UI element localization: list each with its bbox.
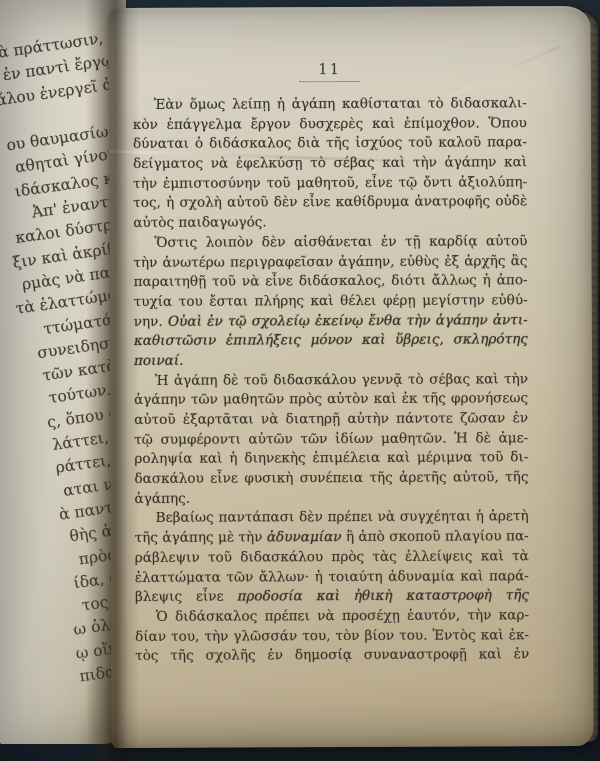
body-text: νην. (134, 313, 168, 329)
page-number-row: 11 (133, 58, 527, 83)
text-line: τος, ἡ σχολὴ αὐτοῦ δὲν εἶνε καθίδρυμα ἀν… (133, 193, 527, 214)
text-line: δασκάλου εἶνε φυσικὴ συνέπεια τῆς ἀρετῆς… (134, 468, 528, 489)
body-text: τος, ἡ σχολὴ αὐτοῦ δὲν εἶνε καθίδρυμα ἀν… (133, 194, 527, 212)
text-line: Ἡ ἀγάπη δὲ τοῦ διδασκάλου γεννᾷ τὸ σέβας… (134, 370, 528, 391)
text-line: ροληψία καὶ ἡ διηνεκὴς ἐπιμέλεια καὶ μέρ… (134, 449, 528, 470)
right-page-text: Ἐὰν ὅμως λείπῃ ἡ ἀγάπη καθίσταται τὸ διδ… (133, 94, 529, 667)
body-text: Ὁ διδάσκαλος πρέπει νὰ προσέχῃ ἑαυτόν, τ… (156, 607, 529, 625)
body-text: τὸς τῆς σχολῆς ἐν δημοσίᾳ συναναστροφῇ κ… (135, 646, 529, 666)
body-text: Ὅστις λοιπὸν δὲν αἰσθάνεται ἐν τῇ καρδίᾳ… (154, 233, 527, 251)
text-line: τῷ συμφέροντι αὐτῶν τῶν ἰδίων μαθητῶν. Ἡ… (134, 429, 528, 450)
body-text: Βεβαίως παντάπασι δὲν πρέπει νὰ συγχέητα… (156, 509, 529, 527)
text-line: ποιναί. (134, 350, 528, 371)
body-text: τυχία του ἔσται πλήρης καὶ θέλει φέρῃ με… (134, 292, 528, 310)
text-line: δύναται ὁ διδάσκαλος διὰ τῆς ἰσχύος τοῦ … (133, 134, 527, 155)
text-line: κὸν ἐπάγγελμα ἔργον δυσχερὲς καὶ ἐπίμοχθ… (133, 114, 527, 135)
body-text: Ἐὰν ὅμως λείπῃ ἡ ἀγάπη καθίσταται τὸ διδ… (154, 95, 527, 113)
emphasized-text: Οὐαὶ ἐν τῷ σχολείῳ ἐκείνῳ ἔνθα τὴν ἀγάπη… (168, 312, 528, 330)
text-line: καθιστῶσιν ἐπιπλήξεις μόνον καὶ ὕβρεις, … (134, 330, 528, 351)
body-text: δείγματος νὰ ἐφελκύσῃ τὸ σέβας καὶ τὴν ἀ… (133, 154, 527, 172)
text-line: αὐτοῦ ἐξαρτᾶται νὰ διατηρῇ αὐτὴν πάντοτε… (134, 409, 528, 430)
body-text: ράβλεψιν τοῦ διδασκάλου πρὸς τὰς ἐλλείψε… (135, 548, 529, 566)
body-text: ἀγάπης. (134, 490, 190, 506)
body-text: δίαν του, τὴν γλῶσσάν του, τὸν βίον του.… (135, 627, 529, 645)
body-text: τὴν ἐμπιστοσύνην τοῦ μαθητοῦ, εἶνε τῷ ὄν… (133, 174, 527, 192)
body-text: Ἡ ἀγάπη δὲ τοῦ διδασκάλου γεννᾷ τὸ σέβας… (155, 371, 528, 389)
text-line: τὴν ἐμπιστοσύνην τοῦ μαθητοῦ, εἶνε τῷ ὄν… (133, 173, 527, 194)
page-number: 11 (300, 60, 359, 82)
text-line: τυχία του ἔσται πλήρης καὶ θέλει φέρῃ με… (134, 291, 528, 312)
text-line: δίαν του, τὴν γλῶσσάν του, τὸν βίον του.… (135, 626, 529, 647)
text-line: αὐτὸς παιδαγωγός. (133, 212, 527, 233)
body-text: παραιτηθῇ τοῦ νὰ εἶνε διδάσκαλος, διότι … (134, 272, 528, 290)
body-text: ἀγάπην τῶν μαθητῶν πρὸς αὐτὸν καὶ ἐκ τῆς… (134, 391, 528, 409)
body-text: αὐτοῦ ἐξαρτᾶται νὰ διατηρῇ αὐτὴν πάντοτε… (134, 410, 528, 428)
emphasized-text: ἀδυναμίαν (267, 529, 342, 545)
text-line: νην. Οὐαὶ ἐν τῷ σχολείῳ ἐκείνῳ ἔνθα τὴν … (134, 311, 528, 332)
body-text: τῷ συμφέροντι αὐτῶν τῶν ἰδίων μαθητῶν. Ἡ… (134, 430, 528, 448)
body-text: ἐλαττώματα τῶν ἄλλων· ἡ τοιαύτη ἀδυναμία… (135, 568, 529, 586)
emphasized-text: ποιναί. (134, 353, 184, 369)
text-line: Ὁ διδάσκαλος πρέπει νὰ προσέχῃ ἑαυτόν, τ… (135, 606, 529, 627)
left-page: ὰ πράττωσιν, ἐνἐν παντὶ ἔργῳ ἀάλου ἐνεργ… (0, 0, 126, 744)
body-text: ροληψία καὶ ἡ διηνεκὴς ἐπιμέλεια καὶ μέρ… (134, 450, 528, 468)
emphasized-text: καθιστῶσιν ἐπιπλήξεις μόνον καὶ ὕβρεις, … (134, 331, 528, 351)
text-line: Ὅστις λοιπὸν δὲν αἰσθάνεται ἐν τῇ καρδίᾳ… (133, 232, 527, 253)
body-text: αὐτὸς παιδαγωγός. (133, 214, 266, 231)
body-text: δασκάλου εἶνε φυσικὴ συνέπεια τῆς ἀρετῆς… (134, 469, 528, 487)
body-text: βλεψις εἶνε (135, 589, 238, 605)
text-line: ράβλεψιν τοῦ διδασκάλου πρὸς τὰς ἐλλείψε… (135, 547, 529, 568)
right-page: 11 Ἐὰν ὅμως λείπῃ ἡ ἀγάπη καθίσταται τὸ … (108, 6, 593, 748)
text-line: ἀγάπην τῶν μαθητῶν πρὸς αὐτὸν καὶ ἐκ τῆς… (134, 390, 528, 411)
body-text: ἢ ἀπὸ σκοποῦ πλαγίου πα- (342, 528, 529, 545)
body-text: κὸν ἐπάγγελμα ἔργον δυσχερὲς καὶ ἐπίμοχθ… (133, 115, 527, 135)
text-line: Ἐὰν ὅμως λείπῃ ἡ ἀγάπη καθίσταται τὸ διδ… (133, 94, 527, 115)
body-text: τὴν ἀνωτέρω περιγραφεῖσαν ἀγάπην, εὐθὺς … (133, 253, 527, 271)
text-line: Βεβαίως παντάπασι δὲν πρέπει νὰ συγχέητα… (135, 508, 529, 529)
text-line: παραιτηθῇ τοῦ νὰ εἶνε διδάσκαλος, διότι … (134, 271, 528, 292)
text-line: τῆς ἀγάπης μὲ τὴν ἀδυναμίαν ἢ ἀπὸ σκοποῦ… (135, 527, 529, 548)
text-line: ἐλαττώματα τῶν ἄλλων· ἡ τοιαύτη ἀδυναμία… (135, 567, 529, 588)
book-photo: ὰ πράττωσιν, ἐνἐν παντὶ ἔργῳ ἀάλου ἐνεργ… (0, 0, 600, 761)
text-line: βλεψις εἶνε προδοσία καὶ ἠθικὴ καταστροφ… (135, 586, 529, 607)
body-text: δύναται ὁ διδάσκαλος διὰ τῆς ἰσχύος τοῦ … (133, 135, 527, 153)
left-page-text: ὰ πράττωσιν, ἐνἐν παντὶ ἔργῳ ἀάλου ἐνεργ… (0, 24, 126, 698)
text-line: τὸς τῆς σχολῆς ἐν δημοσίᾳ συναναστροφῇ κ… (135, 645, 529, 666)
text-line: δείγματος νὰ ἐφελκύσῃ τὸ σέβας καὶ τὴν ἀ… (133, 153, 527, 174)
text-line: τὴν ἀνωτέρω περιγραφεῖσαν ἀγάπην, εὐθὺς … (133, 252, 527, 273)
text-line: ἀγάπης. (134, 488, 528, 509)
body-text: τῆς ἀγάπης μὲ τὴν (135, 529, 267, 546)
